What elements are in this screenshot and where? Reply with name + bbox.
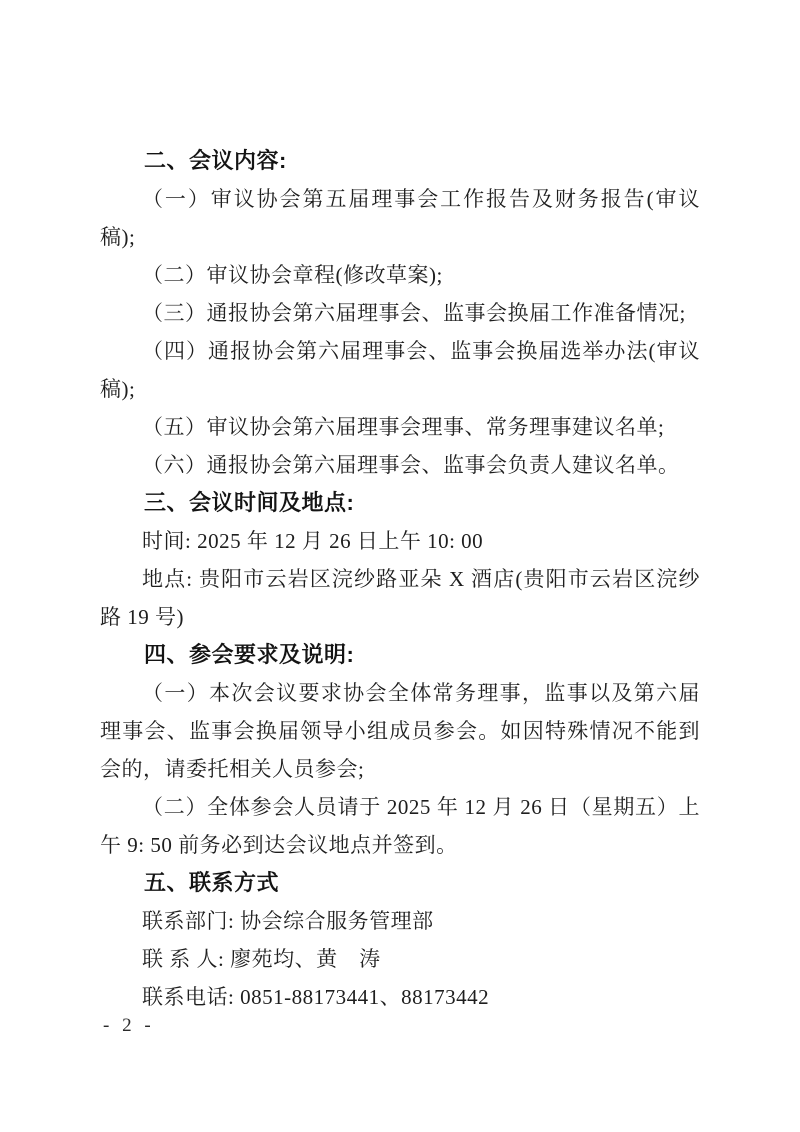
contact-person: 联 系 人: 廖苑均、黄 涛	[100, 940, 700, 978]
meeting-location: 地点: 贵阳市云岩区浣纱路亚朵 X 酒店(贵阳市云岩区浣纱路 19 号)	[100, 560, 700, 636]
section-heading-attendance-requirements: 四、参会要求及说明:	[100, 636, 700, 674]
section-contact-info: 五、联系方式 联系部门: 协会综合服务管理部 联 系 人: 廖苑均、黄 涛 联系…	[100, 864, 700, 1016]
contact-department: 联系部门: 协会综合服务管理部	[100, 902, 700, 940]
section-heading-time-location: 三、会议时间及地点:	[100, 484, 700, 522]
section-time-location: 三、会议时间及地点: 时间: 2025 年 12 月 26 日上午 10: 00…	[100, 484, 700, 636]
attendance-requirement-2: （二）全体参会人员请于 2025 年 12 月 26 日（星期五）上午 9: 5…	[100, 788, 700, 864]
meeting-content-item-6: （六）通报协会第六届理事会、监事会负责人建议名单。	[100, 446, 700, 484]
meeting-content-item-4: （四）通报协会第六届理事会、监事会换届选举办法(审议稿);	[100, 332, 700, 408]
meeting-content-item-1: （一）审议协会第五届理事会工作报告及财务报告(审议稿);	[100, 180, 700, 256]
meeting-content-item-3: （三）通报协会第六届理事会、监事会换届工作准备情况;	[100, 294, 700, 332]
meeting-content-item-5: （五）审议协会第六届理事会理事、常务理事建议名单;	[100, 408, 700, 446]
section-heading-contact-info: 五、联系方式	[100, 864, 700, 902]
meeting-content-item-2: （二）审议协会章程(修改草案);	[100, 256, 700, 294]
meeting-time: 时间: 2025 年 12 月 26 日上午 10: 00	[100, 522, 700, 560]
attendance-requirement-1: （一）本次会议要求协会全体常务理事，监事以及第六届理事会、监事会换届领导小组成员…	[100, 674, 700, 788]
section-meeting-content: 二、会议内容: （一）审议协会第五届理事会工作报告及财务报告(审议稿); （二）…	[100, 142, 700, 484]
document-body: 二、会议内容: （一）审议协会第五届理事会工作报告及财务报告(审议稿); （二）…	[100, 142, 700, 1016]
contact-phone: 联系电话: 0851-88173441、88173442	[100, 978, 700, 1016]
page-number: - 2 -	[103, 1015, 155, 1036]
page-footer: - 2 -	[103, 1015, 155, 1037]
section-attendance-requirements: 四、参会要求及说明: （一）本次会议要求协会全体常务理事，监事以及第六届理事会、…	[100, 636, 700, 864]
section-heading-meeting-content: 二、会议内容:	[100, 142, 700, 180]
document-page: 二、会议内容: （一）审议协会第五届理事会工作报告及财务报告(审议稿); （二）…	[0, 0, 800, 1132]
